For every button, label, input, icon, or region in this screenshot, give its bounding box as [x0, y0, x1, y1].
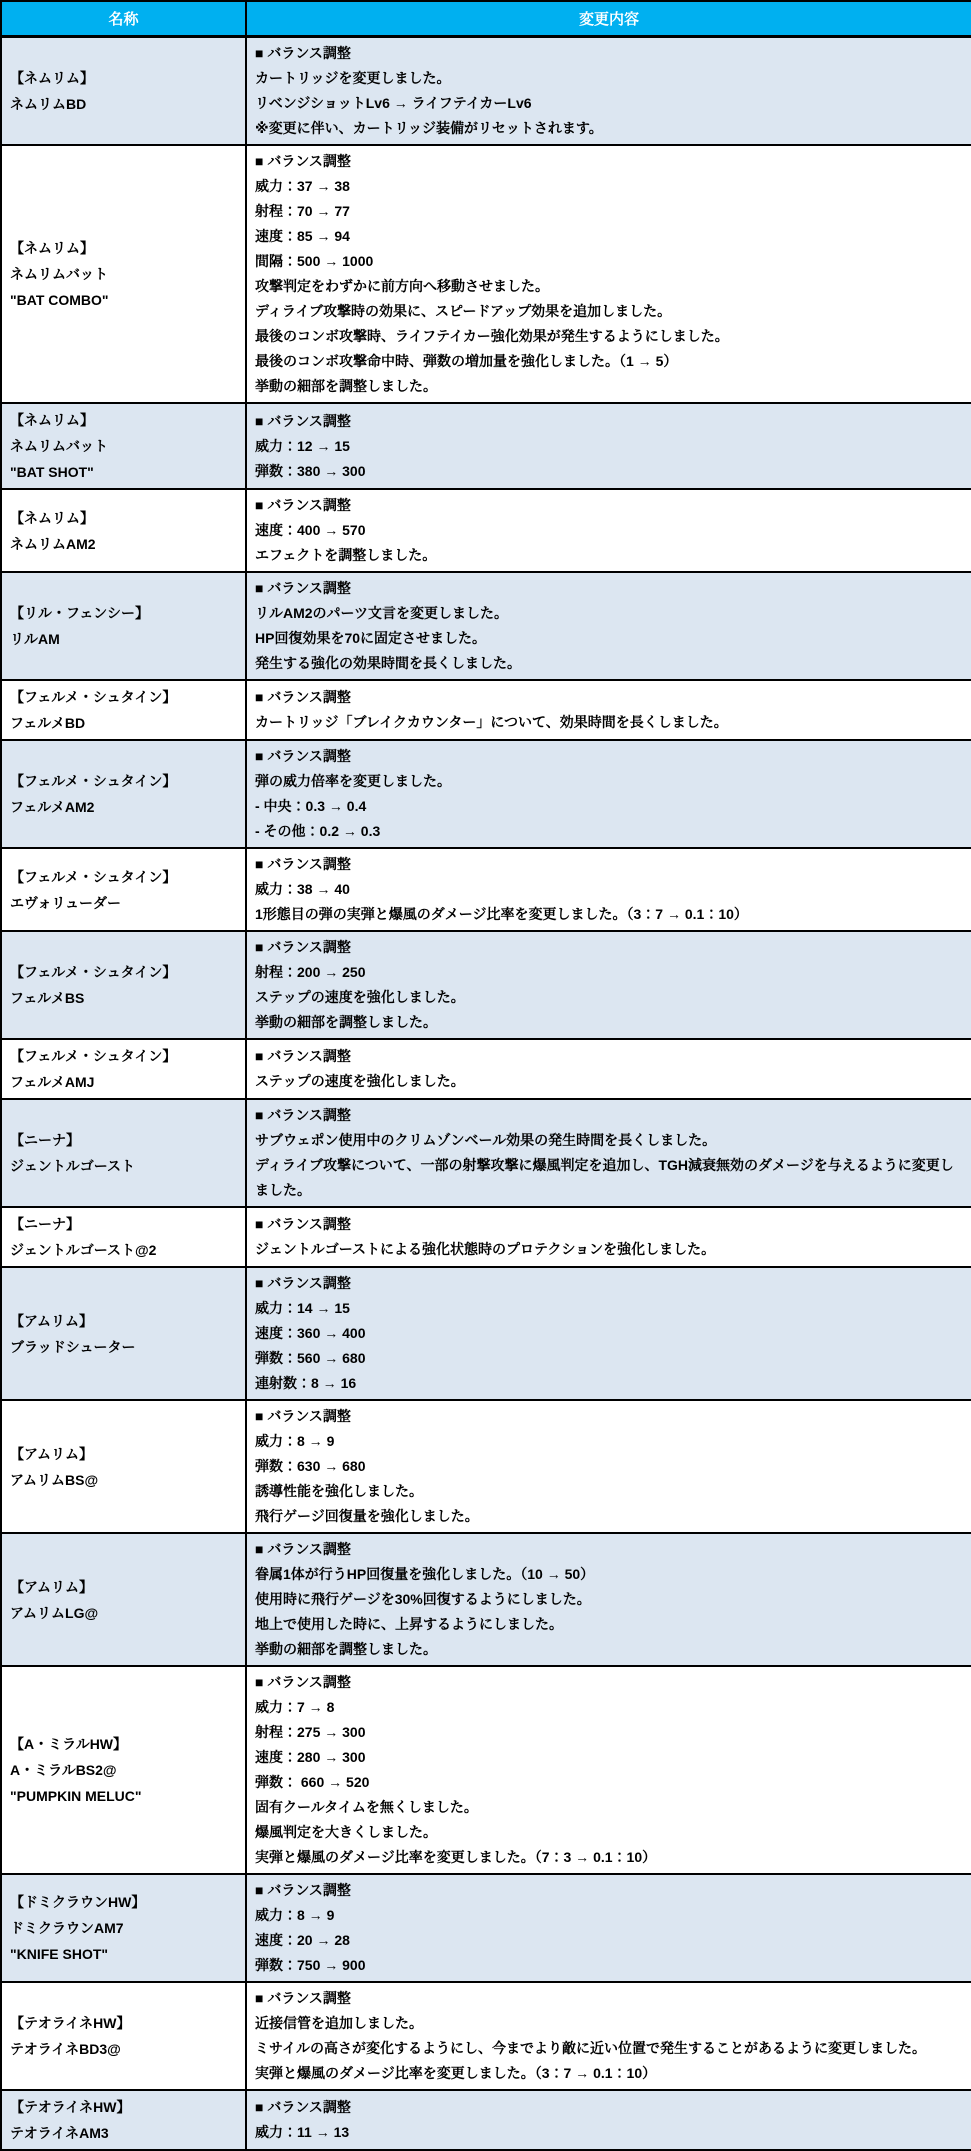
change-line: ■ バランス調整	[255, 149, 963, 174]
table-row: 【フェルメ・シュタイン】フェルメAM2 ■ バランス調整弾の威力倍率を変更しまし…	[1, 740, 971, 848]
table-row: 【ネムリム】ネムリムバット"BAT COMBO" ■ バランス調整威力：37 →…	[1, 145, 971, 403]
name-line: アムリムLG@	[10, 1600, 237, 1626]
name-line: 【フェルメ・シュタイン】	[10, 768, 237, 794]
change-line: 使用時に飛行ゲージを30%回復するようにしました。	[255, 1587, 963, 1612]
name-line: ジェントルゴースト	[10, 1153, 237, 1179]
change-line: - その他：0.2 → 0.3	[255, 819, 963, 844]
change-line: ■ バランス調整	[255, 852, 963, 877]
change-line: ■ バランス調整	[255, 1103, 963, 1128]
table-row: 【テオライネHW】テオライネAM3 ■ バランス調整威力：11 → 13	[1, 2090, 971, 2150]
name-line: 【リル・フェンシー】	[10, 600, 237, 626]
table-row: 【ネムリム】ネムリムバット"BAT SHOT" ■ バランス調整威力：12 → …	[1, 403, 971, 489]
change-line: カートリッジ「ブレイクカウンター」について、効果時間を長くしました。	[255, 710, 963, 735]
change-line: 威力：8 → 9	[255, 1429, 963, 1454]
table-row: 【フェルメ・シュタイン】フェルメBD ■ バランス調整カートリッジ「ブレイクカウ…	[1, 680, 971, 740]
change-line: 連射数：8 → 16	[255, 1371, 963, 1396]
name-line: 【ニーナ】	[10, 1211, 237, 1237]
change-content-cell: ■ バランス調整威力：14 → 15速度：360 → 400弾数：560 → 6…	[246, 1267, 971, 1400]
change-line: 挙動の細部を調整しました。	[255, 1637, 963, 1662]
change-line: リルAM2のパーツ文言を変更しました。	[255, 601, 963, 626]
change-line: ミサイルの高さが変化するようにし、今までより敵に近い位置で発生することがあるよう…	[255, 2036, 963, 2061]
name-line: ブラッドシューター	[10, 1334, 237, 1360]
change-line: ■ バランス調整	[255, 41, 963, 66]
change-line: エフェクトを調整しました。	[255, 543, 963, 568]
name-line: 【ネムリム】	[10, 235, 237, 261]
column-header-name: 名称	[1, 1, 246, 37]
table-row: 【アムリム】アムリムLG@ ■ バランス調整眷属1体が行うHP回復量を強化しまし…	[1, 1533, 971, 1666]
name-line: リルAM	[10, 626, 237, 652]
change-line: 誘導性能を強化しました。	[255, 1479, 963, 1504]
part-name-cell: 【ネムリム】ネムリムBD	[1, 37, 246, 146]
name-line: 【ネムリム】	[10, 65, 237, 91]
change-line: 威力：38 → 40	[255, 877, 963, 902]
change-line: リベンジショットLv6 → ライフテイカーLv6	[255, 91, 963, 116]
change-content-cell: ■ バランス調整威力：8 → 9速度：20 → 28弾数：750 → 900	[246, 1874, 971, 1982]
change-line: 1形態目の弾の実弾と爆風のダメージ比率を変更しました。（3：7 → 0.1：10…	[255, 902, 963, 927]
name-line: 【A・ミラルHW】	[10, 1731, 237, 1757]
name-line: ネムリムバット	[10, 433, 237, 459]
change-content-cell: ■ バランス調整威力：12 → 15弾数：380 → 300	[246, 403, 971, 489]
change-line: 弾数： 660 → 520	[255, 1770, 963, 1795]
table-row: 【ニーナ】ジェントルゴースト@2 ■ バランス調整ジェントルゴーストによる強化状…	[1, 1207, 971, 1267]
change-line: 地上で使用した時に、上昇するようにしました。	[255, 1612, 963, 1637]
change-content-cell: ■ バランス調整リルAM2のパーツ文言を変更しました。HP回復効果を70に固定さ…	[246, 572, 971, 680]
part-name-cell: 【テオライネHW】テオライネBD3@	[1, 1982, 246, 2090]
table-body: 【ネムリム】ネムリムBD ■ バランス調整カートリッジを変更しました。リベンジシ…	[1, 37, 971, 2151]
name-line: 【ネムリム】	[10, 505, 237, 531]
change-content-cell: ■ バランス調整威力：11 → 13	[246, 2090, 971, 2150]
change-line: 最後のコンボ攻撃時、ライフテイカー強化効果が発生するようにしました。	[255, 324, 963, 349]
change-line: ■ バランス調整	[255, 2095, 963, 2120]
change-line: 速度：20 → 28	[255, 1928, 963, 1953]
change-line: ■ バランス調整	[255, 935, 963, 960]
column-header-changes: 変更内容	[246, 1, 971, 37]
change-content-cell: ■ バランス調整射程：200 → 250ステップの速度を強化しました。挙動の細部…	[246, 931, 971, 1039]
part-name-cell: 【フェルメ・シュタイン】エヴォリューダー	[1, 848, 246, 931]
part-name-cell: 【フェルメ・シュタイン】フェルメAMJ	[1, 1039, 246, 1099]
change-line: 飛行ゲージ回復量を強化しました。	[255, 1504, 963, 1529]
change-content-cell: ■ バランス調整ステップの速度を強化しました。	[246, 1039, 971, 1099]
change-line: 爆風判定を大きくしました。	[255, 1820, 963, 1845]
name-line: "PUMPKIN MELUC"	[10, 1783, 237, 1809]
table-row: 【ニーナ】ジェントルゴースト ■ バランス調整サブウェポン使用中のクリムゾンベー…	[1, 1099, 971, 1207]
name-line: 【アムリム】	[10, 1574, 237, 1600]
table-row: 【フェルメ・シュタイン】エヴォリューダー ■ バランス調整威力：38 → 401…	[1, 848, 971, 931]
name-line: 【アムリム】	[10, 1308, 237, 1334]
name-line: ネムリムBD	[10, 91, 237, 117]
change-line: ジェントルゴーストによる強化状態時のプロテクションを強化しました。	[255, 1237, 963, 1262]
name-line: 【フェルメ・シュタイン】	[10, 684, 237, 710]
change-line: 攻撃判定をわずかに前方向へ移動させました。	[255, 274, 963, 299]
change-line: 実弾と爆風のダメージ比率を変更しました。（3：7 → 0.1：10）	[255, 2061, 963, 2086]
change-line: - 中央：0.3 → 0.4	[255, 794, 963, 819]
name-line: 【ネムリム】	[10, 407, 237, 433]
change-line: ■ バランス調整	[255, 1271, 963, 1296]
name-line: 【フェルメ・シュタイン】	[10, 1043, 237, 1069]
change-line: 速度：400 → 570	[255, 518, 963, 543]
name-line: フェルメBD	[10, 710, 237, 736]
table-row: 【ネムリム】ネムリムBD ■ バランス調整カートリッジを変更しました。リベンジシ…	[1, 37, 971, 146]
part-name-cell: 【ニーナ】ジェントルゴースト	[1, 1099, 246, 1207]
change-line: 威力：7 → 8	[255, 1695, 963, 1720]
change-line: 速度：360 → 400	[255, 1321, 963, 1346]
name-line: 【ドミクラウンHW】	[10, 1889, 237, 1915]
name-line: 【アムリム】	[10, 1441, 237, 1467]
change-line: 最後のコンボ攻撃命中時、弾数の増加量を強化しました。（1 → 5）	[255, 349, 963, 374]
part-name-cell: 【フェルメ・シュタイン】フェルメAM2	[1, 740, 246, 848]
change-content-cell: ■ バランス調整弾の威力倍率を変更しました。- 中央：0.3 → 0.4- その…	[246, 740, 971, 848]
change-line: ディライブ攻撃について、一部の射撃攻撃に爆風判定を追加し、TGH減衰無効のダメー…	[255, 1153, 963, 1203]
table-row: 【A・ミラルHW】A・ミラルBS2@"PUMPKIN MELUC" ■ バランス…	[1, 1666, 971, 1874]
change-content-cell: ■ バランス調整近接信管を追加しました。ミサイルの高さが変化するようにし、今まで…	[246, 1982, 971, 2090]
name-line: ネムリムAM2	[10, 531, 237, 557]
change-line: 威力：8 → 9	[255, 1903, 963, 1928]
name-line: 【フェルメ・シュタイン】	[10, 959, 237, 985]
change-content-cell: ■ バランス調整威力：37 → 38射程：70 → 77速度：85 → 94間隔…	[246, 145, 971, 403]
part-name-cell: 【ネムリム】ネムリムバット"BAT COMBO"	[1, 145, 246, 403]
patch-notes-table: 名称 変更内容 【ネムリム】ネムリムBD ■ バランス調整カートリッジを変更しま…	[0, 0, 971, 2151]
change-line: ■ バランス調整	[255, 744, 963, 769]
table-row: 【ネムリム】ネムリムAM2 ■ バランス調整速度：400 → 570エフェクトを…	[1, 489, 971, 572]
change-line: 実弾と爆風のダメージ比率を変更しました。（7：3 → 0.1：10）	[255, 1845, 963, 1870]
change-line: ■ バランス調整	[255, 1986, 963, 2011]
part-name-cell: 【ネムリム】ネムリムAM2	[1, 489, 246, 572]
change-line: ■ バランス調整	[255, 1404, 963, 1429]
table-row: 【アムリム】ブラッドシューター ■ バランス調整威力：14 → 15速度：360…	[1, 1267, 971, 1400]
change-line: 威力：14 → 15	[255, 1296, 963, 1321]
part-name-cell: 【ドミクラウンHW】ドミクラウンAM7"KNIFE SHOT"	[1, 1874, 246, 1982]
change-line: ■ バランス調整	[255, 576, 963, 601]
change-line: カートリッジを変更しました。	[255, 66, 963, 91]
name-line: 【フェルメ・シュタイン】	[10, 864, 237, 890]
change-line: ■ バランス調整	[255, 409, 963, 434]
part-name-cell: 【フェルメ・シュタイン】フェルメBS	[1, 931, 246, 1039]
change-line: 固有クールタイムを無くしました。	[255, 1795, 963, 1820]
change-line: 速度：85 → 94	[255, 224, 963, 249]
change-line: 威力：37 → 38	[255, 174, 963, 199]
name-line: エヴォリューダー	[10, 890, 237, 916]
change-line: 眷属1体が行うHP回復量を強化しました。（10 → 50）	[255, 1562, 963, 1587]
table-row: 【テオライネHW】テオライネBD3@ ■ バランス調整近接信管を追加しました。ミ…	[1, 1982, 971, 2090]
change-line: 威力：11 → 13	[255, 2120, 963, 2145]
name-line: "BAT COMBO"	[10, 287, 237, 313]
change-content-cell: ■ バランス調整眷属1体が行うHP回復量を強化しました。（10 → 50）使用時…	[246, 1533, 971, 1666]
change-line: ステップの速度を強化しました。	[255, 985, 963, 1010]
change-line: ■ バランス調整	[255, 1212, 963, 1237]
part-name-cell: 【アムリム】アムリムBS@	[1, 1400, 246, 1533]
name-line: フェルメBS	[10, 985, 237, 1011]
change-line: 挙動の細部を調整しました。	[255, 1010, 963, 1035]
name-line: フェルメAMJ	[10, 1069, 237, 1095]
name-line: ドミクラウンAM7	[10, 1915, 237, 1941]
change-line: 速度：280 → 300	[255, 1745, 963, 1770]
change-line: ■ バランス調整	[255, 1670, 963, 1695]
change-content-cell: ■ バランス調整ジェントルゴーストによる強化状態時のプロテクションを強化しました…	[246, 1207, 971, 1267]
table-row: 【ドミクラウンHW】ドミクラウンAM7"KNIFE SHOT" ■ バランス調整…	[1, 1874, 971, 1982]
part-name-cell: 【ニーナ】ジェントルゴースト@2	[1, 1207, 246, 1267]
change-line: ディライブ攻撃時の効果に、スピードアップ効果を追加しました。	[255, 299, 963, 324]
name-line: テオライネBD3@	[10, 2036, 237, 2062]
change-line: ■ バランス調整	[255, 685, 963, 710]
change-line: 威力：12 → 15	[255, 434, 963, 459]
part-name-cell: 【フェルメ・シュタイン】フェルメBD	[1, 680, 246, 740]
part-name-cell: 【ネムリム】ネムリムバット"BAT SHOT"	[1, 403, 246, 489]
change-line: 間隔：500 → 1000	[255, 249, 963, 274]
name-line: A・ミラルBS2@	[10, 1757, 237, 1783]
change-line: サブウェポン使用中のクリムゾンベール効果の発生時間を長くしました。	[255, 1128, 963, 1153]
change-line: 弾の威力倍率を変更しました。	[255, 769, 963, 794]
part-name-cell: 【アムリム】アムリムLG@	[1, 1533, 246, 1666]
change-line: 弾数：630 → 680	[255, 1454, 963, 1479]
name-line: ジェントルゴースト@2	[10, 1237, 237, 1263]
change-line: 射程：275 → 300	[255, 1720, 963, 1745]
name-line: アムリムBS@	[10, 1467, 237, 1493]
change-line: ■ バランス調整	[255, 493, 963, 518]
change-line: 射程：70 → 77	[255, 199, 963, 224]
change-content-cell: ■ バランス調整カートリッジ「ブレイクカウンター」について、効果時間を長くしまし…	[246, 680, 971, 740]
change-content-cell: ■ バランス調整サブウェポン使用中のクリムゾンベール効果の発生時間を長くしました…	[246, 1099, 971, 1207]
table-row: 【フェルメ・シュタイン】フェルメAMJ ■ バランス調整ステップの速度を強化しま…	[1, 1039, 971, 1099]
change-line: 弾数：750 → 900	[255, 1953, 963, 1978]
change-content-cell: ■ バランス調整カートリッジを変更しました。リベンジショットLv6 → ライフテ…	[246, 37, 971, 146]
name-line: 【テオライネHW】	[10, 2010, 237, 2036]
name-line: ネムリムバット	[10, 261, 237, 287]
change-line: ※変更に伴い、カートリッジ装備がリセットされます。	[255, 116, 963, 141]
change-line: 弾数：380 → 300	[255, 459, 963, 484]
name-line: "BAT SHOT"	[10, 459, 237, 485]
change-line: 弾数：560 → 680	[255, 1346, 963, 1371]
part-name-cell: 【リル・フェンシー】リルAM	[1, 572, 246, 680]
change-content-cell: ■ バランス調整威力：38 → 401形態目の弾の実弾と爆風のダメージ比率を変更…	[246, 848, 971, 931]
name-line: "KNIFE SHOT"	[10, 1941, 237, 1967]
table-row: 【リル・フェンシー】リルAM ■ バランス調整リルAM2のパーツ文言を変更しまし…	[1, 572, 971, 680]
name-line: フェルメAM2	[10, 794, 237, 820]
name-line: 【ニーナ】	[10, 1127, 237, 1153]
change-line: HP回復効果を70に固定させました。	[255, 626, 963, 651]
change-line: ステップの速度を強化しました。	[255, 1069, 963, 1094]
change-line: ■ バランス調整	[255, 1537, 963, 1562]
table-row: 【アムリム】アムリムBS@ ■ バランス調整威力：8 → 9弾数：630 → 6…	[1, 1400, 971, 1533]
change-content-cell: ■ バランス調整威力：8 → 9弾数：630 → 680誘導性能を強化しました。…	[246, 1400, 971, 1533]
change-line: 近接信管を追加しました。	[255, 2011, 963, 2036]
part-name-cell: 【アムリム】ブラッドシューター	[1, 1267, 246, 1400]
change-line: ■ バランス調整	[255, 1878, 963, 1903]
table-row: 【フェルメ・シュタイン】フェルメBS ■ バランス調整射程：200 → 250ス…	[1, 931, 971, 1039]
change-line: 挙動の細部を調整しました。	[255, 374, 963, 399]
change-line: ■ バランス調整	[255, 1044, 963, 1069]
change-line: 発生する強化の効果時間を長くしました。	[255, 651, 963, 676]
part-name-cell: 【テオライネHW】テオライネAM3	[1, 2090, 246, 2150]
header-row: 名称 変更内容	[1, 1, 971, 37]
name-line: テオライネAM3	[10, 2120, 237, 2146]
change-line: 射程：200 → 250	[255, 960, 963, 985]
change-content-cell: ■ バランス調整威力：7 → 8射程：275 → 300速度：280 → 300…	[246, 1666, 971, 1874]
name-line: 【テオライネHW】	[10, 2094, 237, 2120]
change-content-cell: ■ バランス調整速度：400 → 570エフェクトを調整しました。	[246, 489, 971, 572]
part-name-cell: 【A・ミラルHW】A・ミラルBS2@"PUMPKIN MELUC"	[1, 1666, 246, 1874]
